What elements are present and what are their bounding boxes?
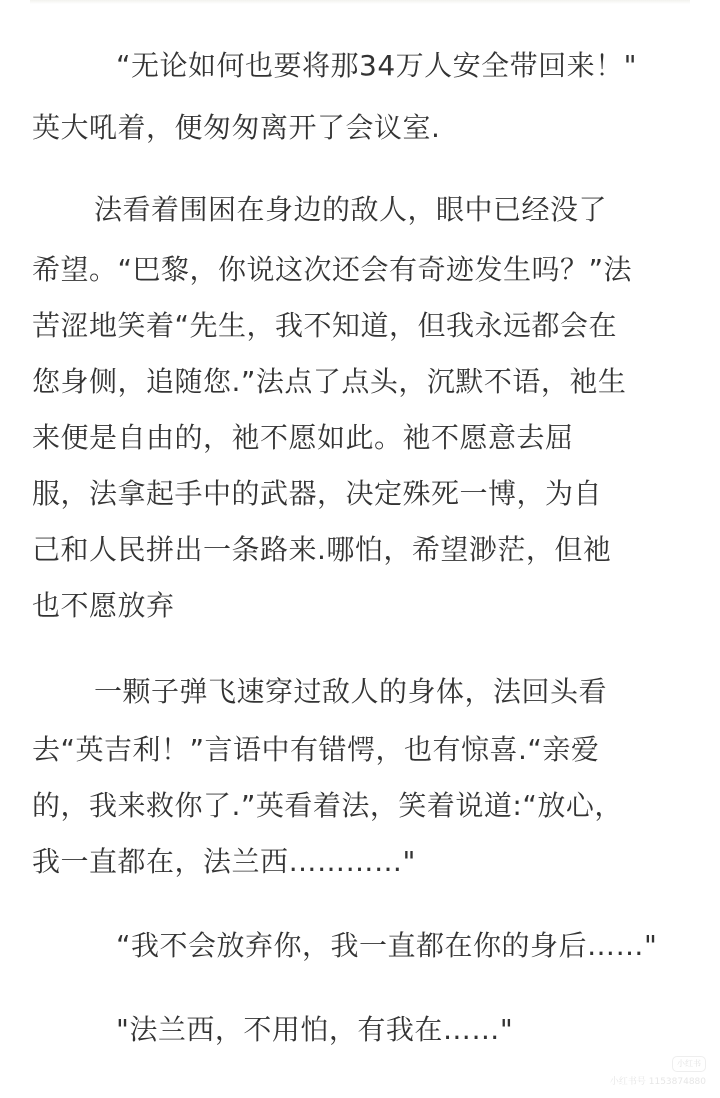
paragraph-1-line-1: “无论如何也要将那34万人安全带回来！"	[116, 48, 637, 84]
watermark-text: 小红书号 1153874880	[610, 1076, 706, 1088]
paragraph-3-line-4: 我一直都在，法兰西…………"	[32, 844, 416, 880]
watermark: 小红书 小红书号 1153874880	[610, 1056, 706, 1088]
paragraph-2-line-7: 己和人民拼出一条路来.哪怕，希望渺茫，但祂	[32, 532, 611, 568]
paragraph-2-line-3: 苦涩地笑着“先生，我不知道，但我永远都会在	[32, 308, 617, 344]
paragraph-4-line-1: “我不会放弃你，我一直都在你的身后……"	[116, 928, 657, 964]
paragraph-2-line-8: 也不愿放弃	[32, 588, 175, 624]
paragraph-2-line-6: 服，法拿起手中的武器，决定殊死一博，为自	[32, 476, 602, 512]
paragraph-2-line-1: 法看着围困在身边的敌人，眼中已经没了	[94, 192, 607, 228]
paragraph-3-line-1: 一颗子弹飞速穿过敌人的身体，法回头看	[94, 674, 607, 710]
paragraph-3-line-2: 去“英吉利！”言语中有错愕，也有惊喜.“亲爱	[32, 732, 599, 768]
paragraph-2-line-2: 希望。“巴黎，你说这次还会有奇迹发生吗？”法	[32, 252, 632, 288]
watermark-badge: 小红书	[672, 1056, 706, 1072]
paragraph-3-line-3: 的，我来救你了.”英看着法，笑着说道:“放心，	[32, 788, 623, 824]
paragraph-2-line-5: 来便是自由的，祂不愿如此。祂不愿意去屈	[32, 420, 574, 456]
paragraph-1-line-2: 英大吼着，便匆匆离开了会议室.	[32, 110, 440, 146]
paragraph-2-line-4: 您身侧，追随您.”法点了点头，沉默不语，祂生	[32, 364, 626, 400]
top-edge-shadow	[30, 0, 690, 4]
paragraph-5-line-1: "法兰西，不用怕，有我在……"	[116, 1012, 513, 1048]
